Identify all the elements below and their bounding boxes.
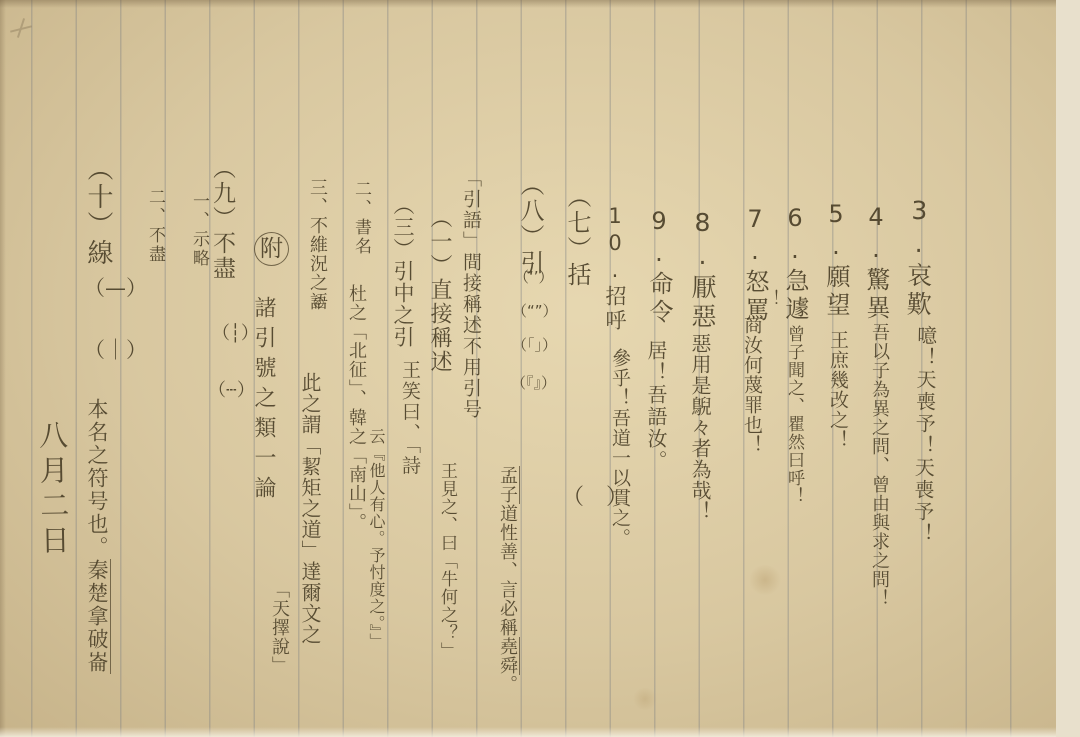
- corner-pencil-mark: [8, 16, 38, 42]
- item-10-header: 10.招呼: [604, 204, 625, 333]
- direct-quote-header: （一）直接稱述: [428, 206, 450, 374]
- nested-quote-header: （三）引中之引: [392, 194, 413, 348]
- appendix-badge: 附: [254, 238, 289, 261]
- proper-noun-napoleon: 拿破崙: [85, 605, 111, 674]
- paper-stain: [632, 688, 658, 710]
- item-8-header: 8.厭惡: [690, 208, 715, 332]
- item-10-num: 10.: [603, 204, 627, 285]
- item-4-label: 驚異: [862, 267, 890, 323]
- ellipsis-use-1: 一、示略: [190, 192, 207, 268]
- date-note: 八月二日: [37, 420, 68, 560]
- item-8-num: 8.: [688, 208, 717, 274]
- example-end-mark: 。: [497, 675, 518, 694]
- proper-noun-yaoshun: 堯舜: [497, 637, 520, 675]
- item-7-header: 7.怒罵: [743, 205, 767, 325]
- vertical-line-mark: （｜）: [84, 340, 147, 361]
- item-9-header: 9.命令: [647, 207, 671, 327]
- section-bracket-header: （七）括: [565, 184, 589, 288]
- paper-edge-left: [0, 0, 6, 737]
- item-3-label: 哀歎: [903, 262, 933, 320]
- example-mid-text: 道性善、言必稱: [497, 504, 518, 637]
- item-3-quote: 噫！天喪予！天喪予！: [912, 325, 936, 545]
- book-title-example: 杜之「北征」、韓之「南山」。: [347, 284, 365, 532]
- circle-mark: ◎: [313, 296, 324, 309]
- item-9-quote: 居！吾語汝。: [646, 340, 666, 472]
- line-example: 本名之符号也。秦楚拿破崙: [86, 398, 107, 674]
- item-3-header: 3.哀歎: [905, 196, 932, 320]
- section-line-header: （十）線: [85, 155, 111, 267]
- item-6-num: 6.: [781, 204, 809, 268]
- ellipsis-dots-mark: （┆）: [212, 325, 259, 343]
- line-example-head: 本名之符号也。: [85, 398, 109, 559]
- item-6-quote: 曾子聞之、瞿然曰呼！: [785, 325, 802, 505]
- item-3-num: 3.: [904, 196, 934, 262]
- ellipsis-dashes-mark: （┄）: [208, 382, 255, 400]
- stray-exclamation-mark: ！: [772, 290, 790, 308]
- bracket-mark-parens: （ ）: [562, 487, 628, 509]
- quote-mark-single: （‘’）: [514, 270, 554, 285]
- item-5-label: 願望: [822, 264, 850, 320]
- section-quote-header: （八）引: [518, 172, 542, 276]
- item-10-label: 招呼: [603, 285, 627, 333]
- quote-mark-double-corner: （『』）: [511, 376, 556, 391]
- paper-stain: [748, 565, 782, 595]
- phrase-example-line2: 「天擇說」: [270, 580, 288, 675]
- ruled-lines: [0, 0, 1056, 737]
- paper-edge-top: [0, 0, 1056, 8]
- item-5-header: 5.願望: [824, 200, 848, 320]
- item-4-quote: 吾以子為異之問、曾由與求之問！: [870, 323, 888, 608]
- item-9-label: 命令: [645, 271, 673, 327]
- circled-fu-character: 附: [254, 232, 289, 266]
- phrase-header: 三、不維況之語: [308, 178, 326, 311]
- section-ellipsis-header: （九）不盡: [210, 156, 233, 281]
- item-10-quote: 參乎！吾道一以貫之。: [610, 348, 629, 548]
- book-title-header: 二、書名: [352, 180, 369, 256]
- item-5-quote: 王庶幾改之！: [828, 330, 847, 450]
- item-8-label: 厭惡: [688, 274, 717, 332]
- nested-quote-example-line2: 云『他人有心。予忖度之。』」: [368, 428, 384, 650]
- item-5-num: 5.: [822, 200, 850, 264]
- horizontal-line-mark: （—）: [84, 278, 147, 299]
- indirect-quote-note: 「引語」間接稱述不用引号: [461, 168, 480, 420]
- manuscript-paper: 3.哀歎 噫！天喪予！天喪予！ 4.驚異 吾以子為異之問、曾由與求之問！ 5.願…: [0, 0, 1056, 737]
- item-4-header: 4.驚異: [864, 203, 888, 323]
- phrase-example-line1: 此之謂「絜矩之道」達爾文之: [300, 372, 320, 645]
- proper-noun-mengzi: 孟子: [497, 466, 520, 504]
- paper-edge-bottom: [0, 727, 1056, 737]
- quote-mark-corner: （「」）: [512, 338, 557, 353]
- quote-mark-double: （“”）: [512, 304, 558, 319]
- direct-quote-example: 王見之、曰「牛何之？」: [438, 462, 455, 660]
- item-9-num: 9.: [645, 207, 673, 271]
- nested-quote-example-line1: 王笑曰、「詩: [400, 360, 419, 477]
- item-7-num: 7.: [741, 205, 769, 269]
- item-8-quote: 惡用是鶃々者為哉！: [690, 333, 710, 522]
- proper-noun-qinchu: 秦楚: [85, 559, 111, 605]
- item-7-quote: 商汝何蔑罪也！: [742, 315, 761, 455]
- ellipsis-use-2: 二、不盡: [146, 188, 163, 264]
- item-4-num: 4.: [862, 203, 890, 267]
- indirect-quote-example: 孟子道性善、言必稱堯舜。: [498, 466, 516, 694]
